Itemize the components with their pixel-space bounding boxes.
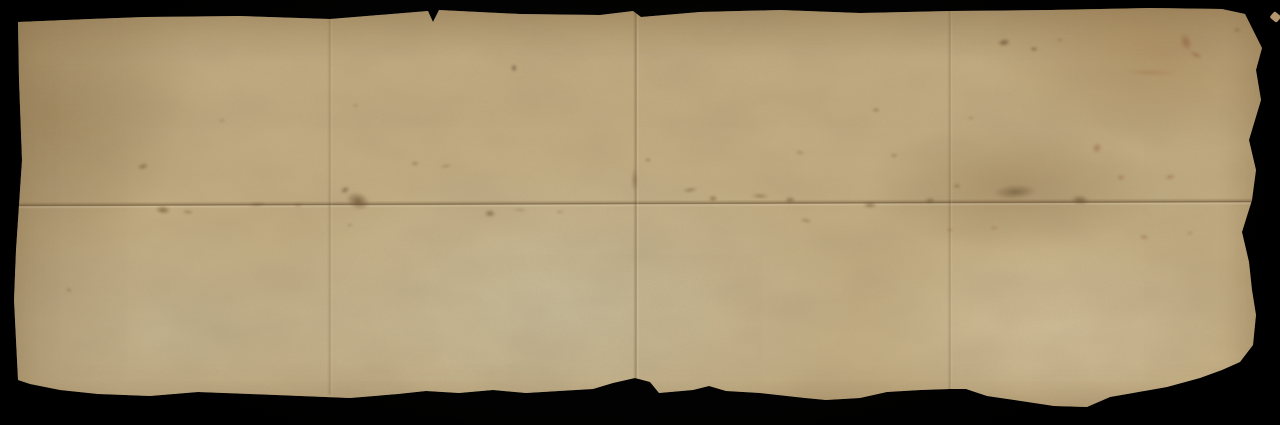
scanner-background (0, 0, 1280, 425)
fold-crease-horizontal (12, 198, 1258, 209)
ink-stain (797, 215, 816, 225)
ink-stain (291, 202, 305, 208)
ink-stain (338, 184, 378, 218)
fold-crease-vertical (327, 10, 333, 395)
ink-stain (1055, 37, 1065, 43)
ink-stain (888, 152, 900, 159)
ink-stain (134, 160, 152, 173)
texture-grain-rect (0, 0, 1280, 425)
ink-stain (217, 117, 227, 124)
ink-stains-layer (0, 0, 1280, 425)
ink-stain (553, 209, 567, 215)
ink-stain (747, 191, 773, 200)
ink-stain (1231, 26, 1243, 34)
texture-fiber-rect (0, 0, 1280, 425)
ink-stain (643, 156, 653, 164)
paper-vignette-shading (0, 0, 1280, 425)
ink-stain (1110, 66, 1190, 78)
fold-crease-vertical (947, 10, 953, 395)
ink-stain (630, 163, 639, 197)
texture-mottle-rect (0, 0, 1280, 425)
ink-stain (1066, 192, 1093, 208)
ink-stain (351, 102, 360, 109)
ink-stain (180, 208, 197, 216)
fold-crease-vertical (633, 10, 639, 395)
ink-stain (244, 200, 270, 209)
ink-stain (870, 106, 882, 114)
ink-stain (152, 203, 175, 217)
ink-stain (951, 182, 963, 190)
ink-stain (509, 62, 519, 74)
ink-stain (994, 35, 1014, 49)
torn-paper-fragment (1269, 11, 1280, 23)
paper-texture (0, 0, 1280, 425)
ink-stain (1088, 138, 1106, 157)
ink-stain (482, 208, 498, 219)
ink-stain (345, 222, 355, 228)
manuscript-paper (0, 0, 1280, 425)
ink-stain (437, 161, 456, 170)
ink-stain (944, 227, 956, 233)
ink-stain (409, 160, 421, 167)
ink-stain (1185, 47, 1207, 63)
ink-stain (792, 147, 807, 156)
ink-stain (1136, 232, 1151, 242)
ink-stain (65, 287, 73, 293)
ink-stain (782, 194, 799, 205)
ink-stain (988, 225, 1000, 231)
ink-stain (985, 180, 1046, 203)
ink-stain (336, 182, 353, 198)
ink-stain (679, 185, 702, 196)
ink-stain (860, 200, 880, 210)
ink-stain (1115, 173, 1127, 182)
ink-stain (1161, 172, 1178, 183)
ink-stain (510, 206, 530, 214)
ink-stain (1174, 27, 1198, 57)
ink-stain (706, 194, 720, 203)
ink-stain (1028, 45, 1040, 53)
ink-stain (966, 115, 976, 121)
ink-stain (922, 195, 939, 206)
ink-stain (1185, 230, 1195, 236)
fold-creases-layer (0, 0, 1280, 425)
